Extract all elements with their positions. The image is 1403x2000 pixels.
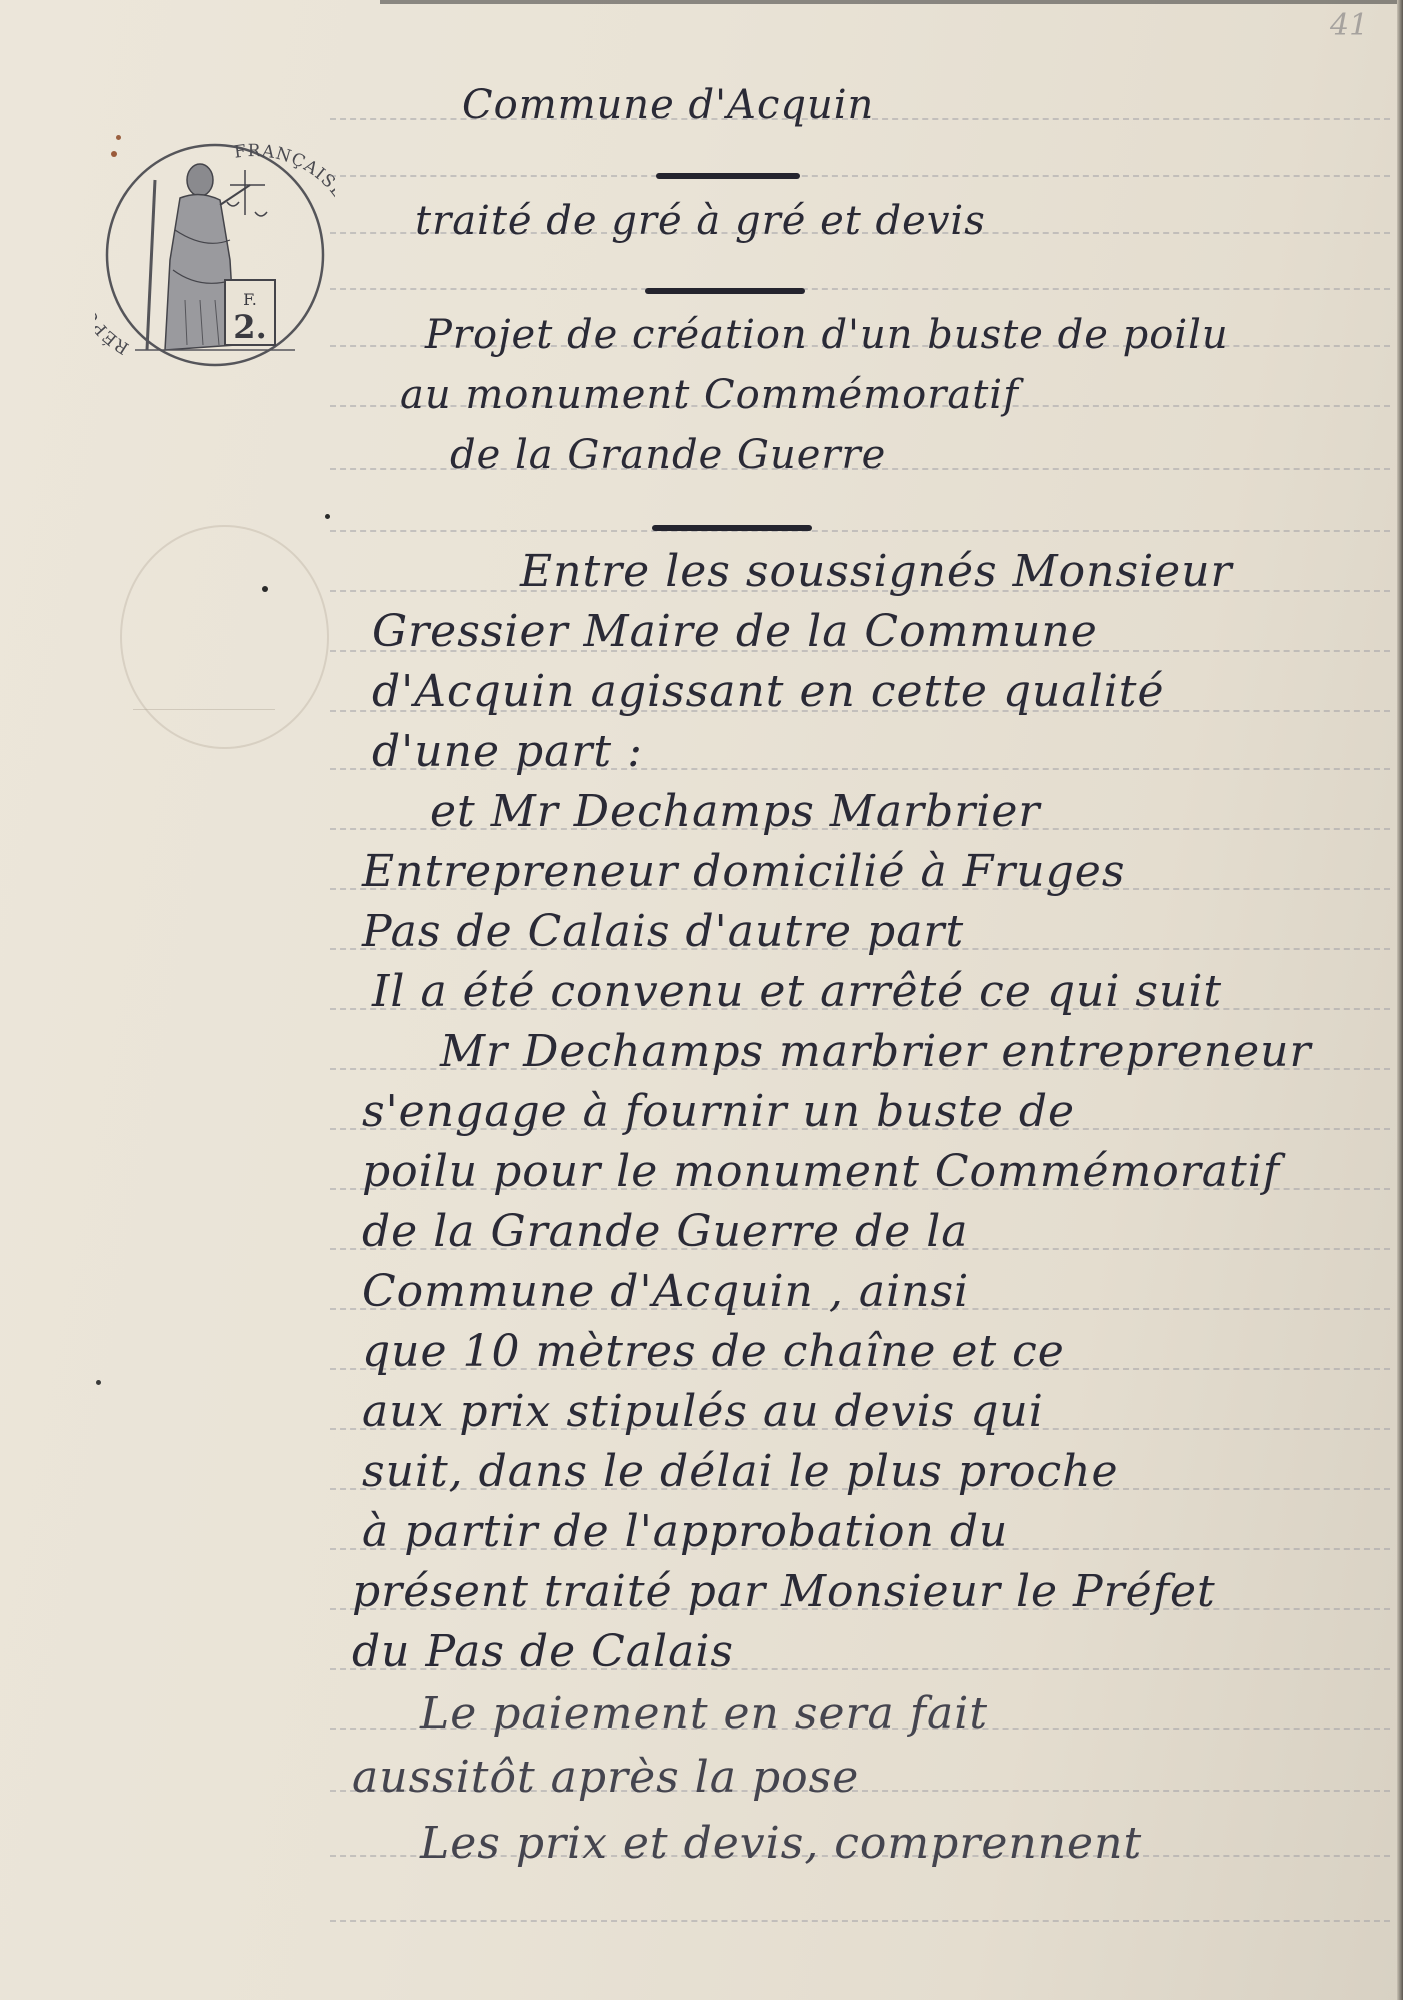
stamp-value-letter: F. <box>243 290 257 309</box>
body-line: Gressier Maire de la Commune <box>372 606 1098 657</box>
heading-separator <box>645 288 805 294</box>
heading-separator <box>652 525 812 531</box>
embossed-seal-bar <box>133 709 275 710</box>
page-right-edge <box>1397 0 1403 2000</box>
body-line: aux prix stipulés au devis qui <box>362 1386 1044 1437</box>
body-line: Mr Dechamps marbrier entrepreneur <box>440 1026 1312 1077</box>
body-line: de la Grande Guerre de la <box>362 1206 969 1257</box>
body-line: du Pas de Calais <box>352 1626 734 1677</box>
fiscal-stamp: RÉPUBLIQUE FRANÇAISE F. 2. <box>95 140 335 370</box>
body-line: d'une part : <box>372 726 643 777</box>
body-line: à partir de l'approbation du <box>362 1506 1008 1557</box>
ink-dot <box>262 586 268 592</box>
body-line: présent traité par Monsieur le Préfet <box>352 1566 1216 1617</box>
body-line: d'Acquin agissant en cette qualité <box>372 666 1164 717</box>
body-line: que 10 mètres de chaîne et ce <box>362 1326 1065 1377</box>
project-line: Projet de création d'un buste de poilu <box>425 312 1229 358</box>
body-line: Il a été convenu et arrêté ce qui suit <box>372 966 1222 1017</box>
body-line: Entrepreneur domicilié à Fruges <box>362 846 1125 897</box>
heading-separator <box>656 173 800 179</box>
commune-heading: Commune d'Acquin <box>462 82 874 128</box>
rust-spot <box>116 135 121 140</box>
page-number: 41 <box>1330 8 1368 43</box>
svg-text:FRANÇAISE: FRANÇAISE <box>233 141 335 203</box>
page-top-edge <box>380 0 1403 4</box>
body-line: s'engage à fournir un buste de <box>362 1086 1075 1137</box>
body-line: suit, dans le délai le plus proche <box>362 1446 1119 1497</box>
project-line: de la Grande Guerre <box>450 432 886 478</box>
stamp-value-number: 2. <box>233 308 266 346</box>
manuscript-page: 41 <box>0 0 1403 2000</box>
body-line: Les prix et devis, comprennent <box>420 1818 1142 1869</box>
project-line: au monument Commémoratif <box>400 372 1019 418</box>
body-line: aussitôt après la pose <box>352 1752 859 1803</box>
body-line: poilu pour le monument Commémoratif <box>362 1146 1280 1197</box>
contract-type: traité de gré à gré et devis <box>415 198 986 244</box>
body-line: Pas de Calais d'autre part <box>362 906 964 957</box>
ink-dot <box>325 514 330 519</box>
rust-spot <box>111 151 117 157</box>
body-line: et Mr Dechamps Marbrier <box>430 786 1040 837</box>
embossed-seal <box>120 525 329 749</box>
body-line: Le paiement en sera fait <box>420 1688 988 1739</box>
body-line: Entre les soussignés Monsieur <box>520 546 1233 597</box>
body-line: Commune d'Acquin , ainsi <box>362 1266 969 1317</box>
marianne-justice-stamp-icon: RÉPUBLIQUE FRANÇAISE F. 2. <box>95 140 335 370</box>
stamp-legend-right: FRANÇAISE <box>233 141 335 203</box>
ink-dot <box>96 1380 101 1385</box>
